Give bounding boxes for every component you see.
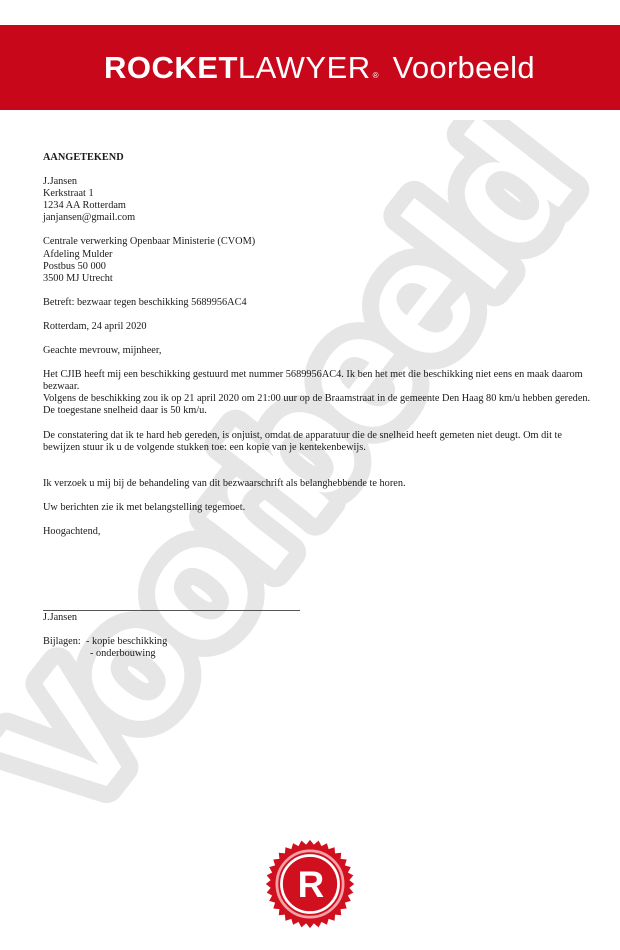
recipient-postbox: Postbus 50 000	[43, 261, 593, 273]
subject-line: Betreft: bezwaar tegen beschikking 56899…	[43, 297, 593, 309]
attachment-item: - kopie beschikking	[86, 636, 167, 648]
recipient-department: Afdeling Mulder	[43, 249, 593, 261]
sender-name: J.Jansen	[43, 176, 593, 188]
paragraph-1a: Het CJIB heeft mij een beschikking gestu…	[43, 369, 593, 393]
paragraph-2: De constatering dat ik te hard heb gered…	[43, 430, 593, 454]
signature-line	[43, 610, 300, 611]
registered-mark: ®	[373, 71, 379, 80]
sender-email: janjansen@gmail.com	[43, 212, 593, 224]
brand-rocket: ROCKET	[104, 50, 238, 86]
sender-street: Kerkstraat 1	[43, 188, 593, 200]
place-date: Rotterdam, 24 april 2020	[43, 321, 593, 333]
recipient-organization: Centrale verwerking Openbaar Ministerie …	[43, 236, 593, 248]
paragraph-3: Ik verzoek u mij bij de behandeling van …	[43, 478, 593, 490]
signature-name: J.Jansen	[43, 612, 167, 624]
salutation: Geachte mevrouw, mijnheer,	[43, 345, 593, 357]
paragraph-1b: Volgens de beschikking zou ik op 21 apri…	[43, 393, 593, 417]
closing: Hoogachtend,	[43, 526, 593, 538]
svg-text:R: R	[298, 864, 325, 905]
recipient-city: 3500 MJ Utrecht	[43, 273, 593, 285]
attachment-item: - onderbouwing	[86, 648, 167, 660]
rocketlawyer-seal-icon: R	[264, 838, 356, 930]
brand-logo: ROCKET LAWYER ® Voorbeeld	[104, 50, 535, 90]
letter-body: AANGETEKEND J.Jansen Kerkstraat 1 1234 A…	[43, 152, 593, 538]
attachments: Bijlagen: - kopie beschikking - onderbou…	[43, 636, 167, 660]
attachments-label: Bijlagen:	[43, 636, 86, 660]
sample-label: Voorbeeld	[393, 50, 535, 86]
sender-city: 1234 AA Rotterdam	[43, 200, 593, 212]
brand-lawyer: LAWYER	[238, 50, 371, 86]
paragraph-4: Uw berichten zie ik met belangstelling t…	[43, 502, 593, 514]
sender-address: J.Jansen Kerkstraat 1 1234 AA Rotterdam …	[43, 176, 593, 224]
letter-heading: AANGETEKEND	[43, 152, 593, 164]
signature-block: J.Jansen Bijlagen: - kopie beschikking -…	[43, 612, 167, 660]
recipient-address: Centrale verwerking Openbaar Ministerie …	[43, 236, 593, 284]
attachments-list: - kopie beschikking - onderbouwing	[86, 636, 167, 660]
